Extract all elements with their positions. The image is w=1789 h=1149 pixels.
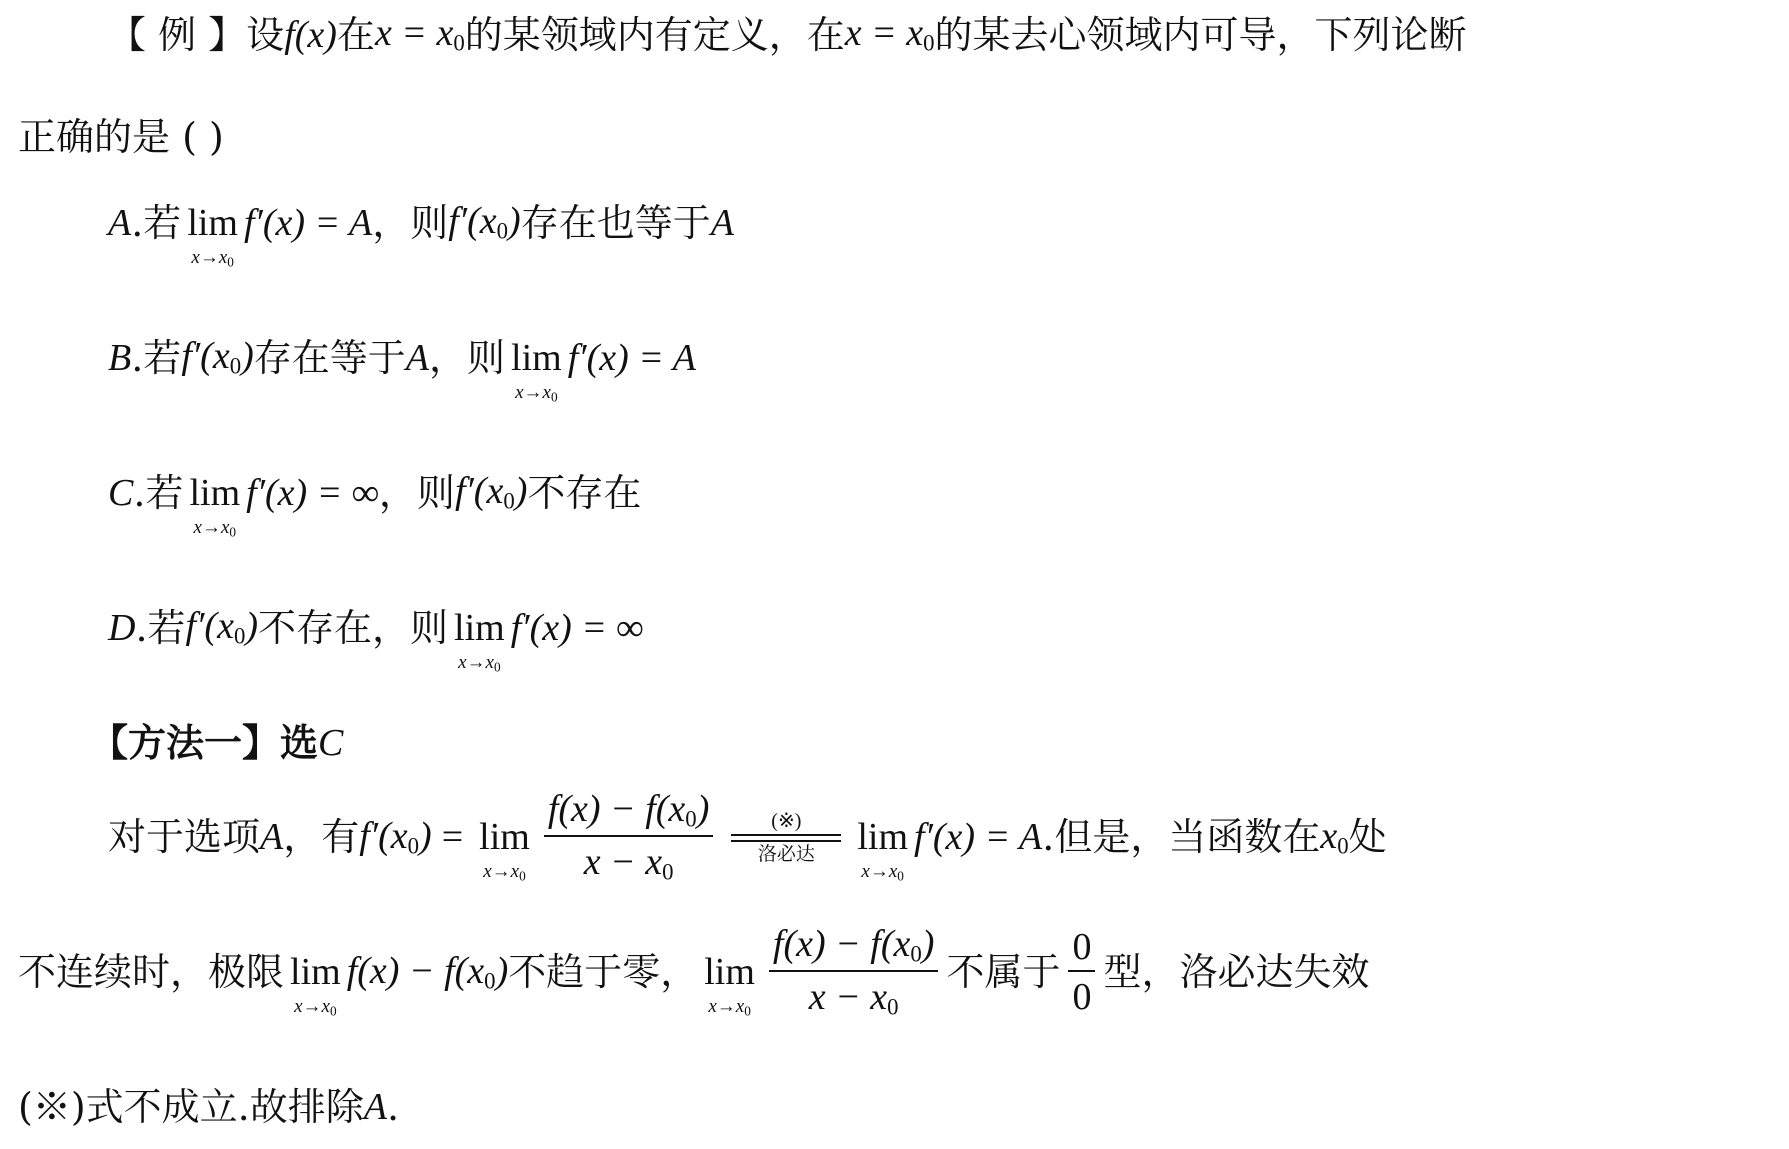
limit-operator: limx→x0 [290,953,341,991]
option-b: B .若 f′(x0) 存在等于 A ，则 limx→x0 f′(x) = A [108,337,696,378]
answer-letter: C [318,724,343,762]
difference-quotient: f(x) − f(x0) x − x0 [769,925,939,1020]
solution-line1: 对于选项 A ，有 f′(x0) = limx→x0 f(x) − f(x0) … [108,790,1387,885]
method-heading: 【方法一】选 C [90,724,343,762]
problem-stem-line2: 正确的是 ( ) [18,118,224,156]
difference-quotient: f(x) − f(x0) x − x0 [544,790,714,885]
lhopital-equals: (※) 洛必达 [731,811,841,864]
option-a: A .若 limx→x0 f′(x) = A ，则 f′(x0) 存在也等于 A [108,202,734,243]
limit-operator: limx→x0 [704,953,755,991]
option-letter: B [108,339,131,377]
limit-operator: limx→x0 [511,339,562,377]
limit-operator: limx→x0 [189,474,240,512]
zero-over-zero: 0 0 [1068,928,1095,1016]
option-letter: A [108,204,131,242]
solution-line2: 不连续时，极限 limx→x0 f(x) − f(x0) 不趋于零， limx→… [18,925,1369,1020]
option-d: D .若 f′(x0) 不存在，则 limx→x0 f′(x) = ∞ [108,607,643,648]
solution-line3: (※)式不成立.故排除 A . [18,1088,399,1126]
option-letter: D [108,609,135,647]
condition-x-eq-x0: x = x0 [375,14,465,55]
example-label: 【 例 】 [108,16,246,54]
problem-stem-line1: 【 例 】 设 f(x) 在 x = x0 的某领域内有定义，在 x = x0 … [108,14,1467,55]
option-c: C .若 limx→x0 f′(x) = ∞ ，则 f′(x0) 不存在 [108,472,641,513]
limit-operator: limx→x0 [454,609,505,647]
limit-operator: limx→x0 [857,818,908,856]
limit-operator: limx→x0 [187,204,238,242]
option-letter: C [108,474,133,512]
limit-operator: limx→x0 [479,818,530,856]
